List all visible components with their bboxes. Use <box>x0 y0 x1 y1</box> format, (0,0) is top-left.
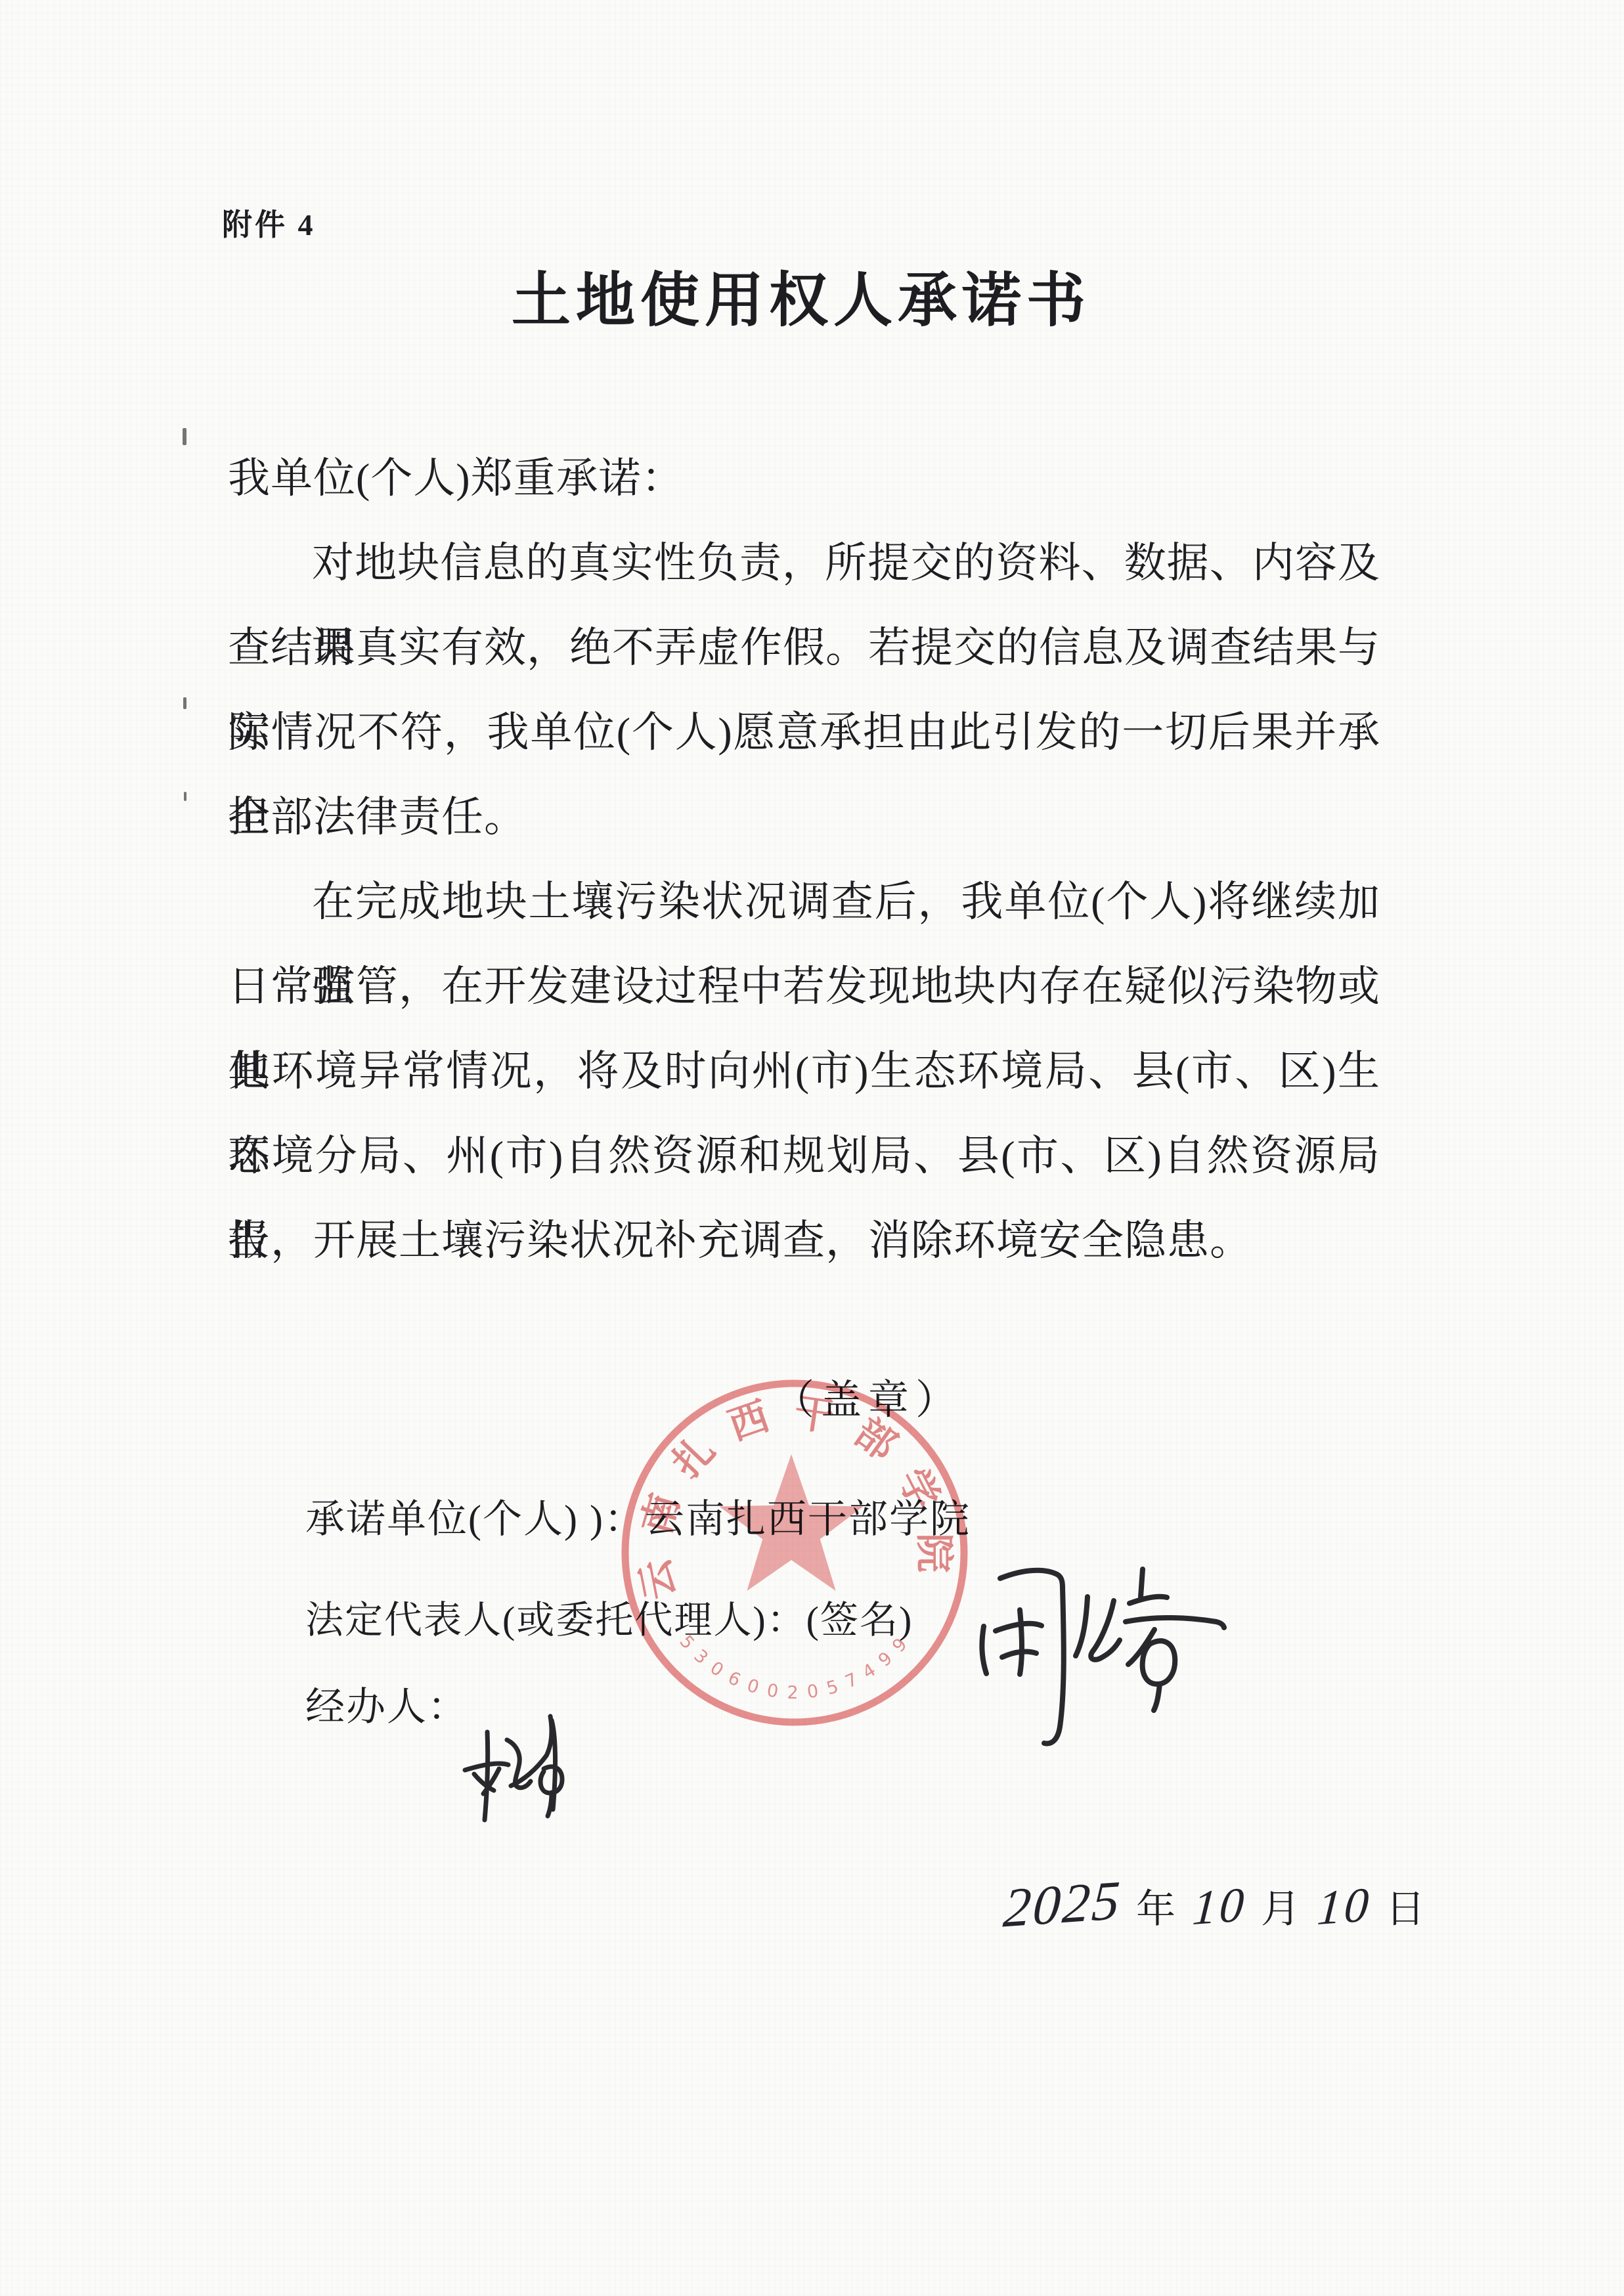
signature-stroke <box>982 1626 986 1674</box>
promiser-label: 承诺单位(个人) )： <box>305 1498 645 1541</box>
signature-stroke <box>1141 1569 1143 1597</box>
scan-artifact <box>183 428 187 445</box>
star-icon <box>720 1454 864 1591</box>
signature-stroke <box>1130 1597 1167 1603</box>
body-paragraphs: 我单位(个人)郑重承诺： 对地块信息的真实性负责，所提交的资料、数据、内容及调 … <box>228 436 1380 1283</box>
signature-stroke <box>1143 1641 1175 1684</box>
signature-stroke <box>1126 1618 1224 1628</box>
body-line: 查结果真实有效，绝不弄虚作假。若提交的信息及调查结果与实 <box>228 605 1380 690</box>
date-day-handwritten: 10 <box>1315 1877 1373 1937</box>
body-line: 在完成地块土壤污染状况调查后，我单位(个人)将继续加强 <box>228 859 1380 944</box>
date-year-unit: 年 <box>1136 1888 1175 1931</box>
agent-label: 经办人： <box>305 1685 468 1729</box>
body-line: 他环境异常情况，将及时向州(市)生态环境局、县(市、区)生态 <box>228 1029 1380 1114</box>
body-line: 告，开展土壤污染状况补充调查，消除环境安全隐患。 <box>228 1198 1380 1283</box>
body-line: 环境分局、州(市)自然资源和规划局、县(市、区)自然资源局报 <box>228 1114 1380 1198</box>
body-line: 我单位(个人)郑重承诺： <box>228 436 1380 521</box>
seal-serial-text: 5306002057499 <box>675 1632 911 1703</box>
signature-stroke <box>485 1732 488 1820</box>
body-line: 日常监管，在开发建设过程中若发现地块内存在疑似污染物或其 <box>228 944 1380 1029</box>
body-line: 全部法律责任。 <box>228 775 1380 859</box>
date-month-unit: 月 <box>1261 1888 1300 1931</box>
scanned-document-page: 附件 4 土地使用权人承诺书 我单位(个人)郑重承诺： 对地块信息的真实性负责，… <box>0 0 1624 2296</box>
signature-stroke <box>540 1767 562 1793</box>
signature-stroke <box>1020 1610 1022 1674</box>
scan-artifact <box>184 792 187 801</box>
official-seal: 云南扎西干部学院 5306002057499 <box>614 1372 982 1740</box>
legal-rep-signature <box>964 1557 1227 1754</box>
signature-stroke <box>1091 1601 1120 1660</box>
signature-stroke <box>548 1792 552 1816</box>
signature-stroke <box>1076 1597 1087 1656</box>
signature-stroke <box>1154 1684 1160 1710</box>
date-year-handwritten: 2025 <box>1001 1868 1124 1940</box>
body-line: 对地块信息的真实性负责，所提交的资料、数据、内容及调 <box>228 521 1380 605</box>
agent-signature <box>453 1706 591 1837</box>
document-title: 土地使用权人承诺书 <box>223 252 1379 337</box>
agent-line: 经办人： <box>305 1676 468 1732</box>
date-month-handwritten: 10 <box>1191 1877 1248 1937</box>
body-line: 际情况不符，我单位(个人)愿意承担由此引发的一切后果并承担 <box>228 690 1380 775</box>
date-day-unit: 日 <box>1386 1888 1425 1931</box>
attachment-label: 附件 4 <box>222 201 316 244</box>
scan-artifact <box>183 697 187 709</box>
date-line: 2025年10月10日 <box>1003 1873 1442 1936</box>
